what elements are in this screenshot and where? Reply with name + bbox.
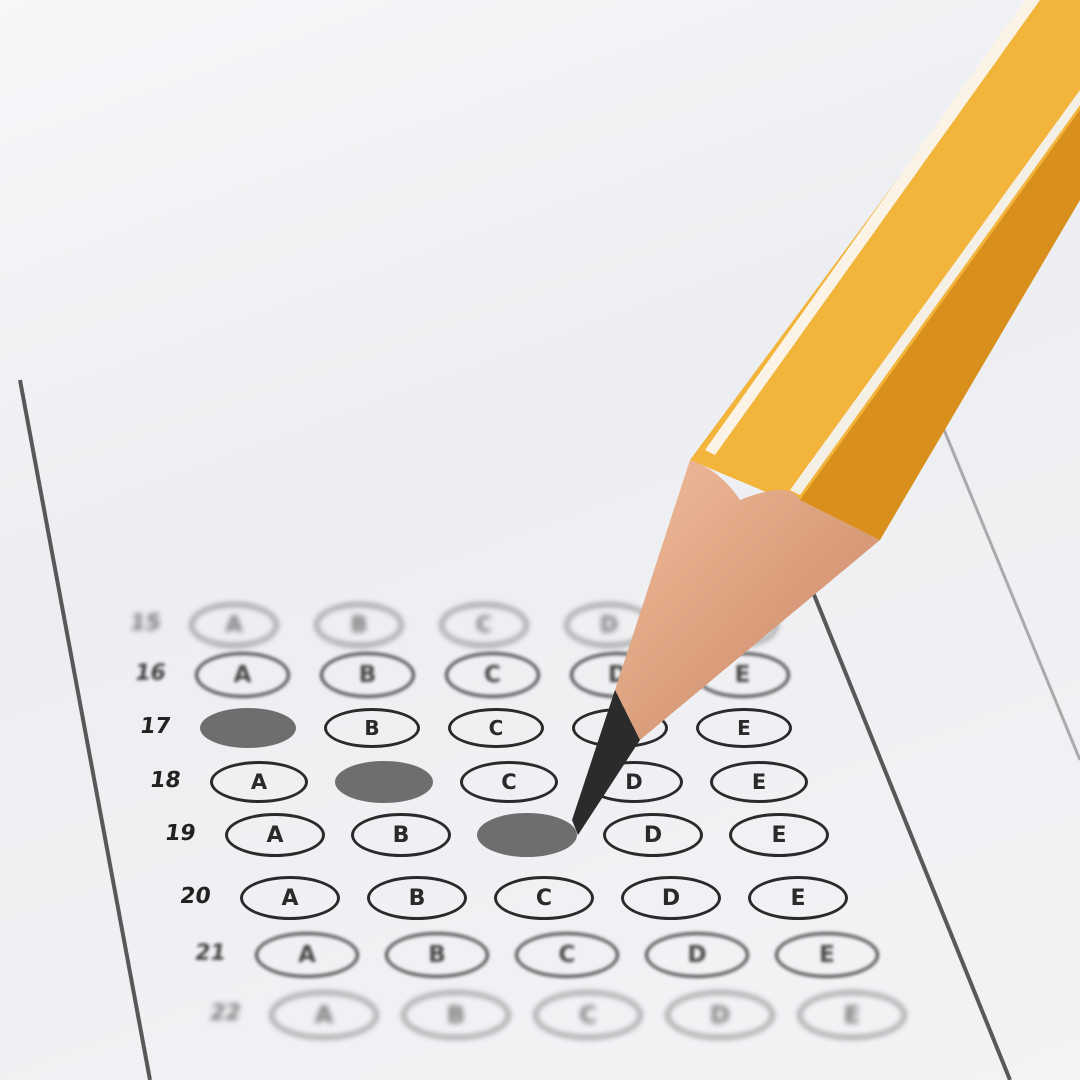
answer-bubble-c[interactable]: C bbox=[534, 991, 642, 1039]
answer-bubble-d[interactable]: D bbox=[570, 652, 665, 698]
question-number: 16 bbox=[133, 661, 167, 686]
answer-bubble-b[interactable]: B bbox=[385, 932, 489, 978]
answer-bubble-d[interactable]: D bbox=[621, 876, 721, 920]
answer-bubble-d[interactable]: D bbox=[666, 991, 774, 1039]
answer-bubble-d[interactable]: D bbox=[565, 603, 653, 647]
answer-bubble-e[interactable]: E bbox=[690, 603, 778, 647]
answer-bubble-d[interactable]: D bbox=[585, 761, 683, 803]
answer-bubble-a[interactable]: A bbox=[210, 761, 308, 803]
answer-bubble-e[interactable]: E bbox=[748, 876, 848, 920]
answer-bubble-b[interactable]: B bbox=[335, 761, 433, 803]
answer-bubble-b[interactable]: B bbox=[315, 603, 403, 647]
question-number: 21 bbox=[193, 941, 227, 966]
answer-bubble-d[interactable]: D bbox=[603, 813, 703, 857]
answer-bubble-c[interactable]: C bbox=[448, 708, 544, 748]
answer-bubble-a[interactable]: A bbox=[240, 876, 340, 920]
question-number: 19 bbox=[163, 821, 197, 846]
answer-bubble-c[interactable]: C bbox=[460, 761, 558, 803]
photo-scene: 15ABCDE16ABCDE17ABCDE18ABCDE19ABCDE20ABC… bbox=[0, 0, 1080, 1080]
answer-bubble-b[interactable]: B bbox=[324, 708, 420, 748]
question-number: 17 bbox=[138, 714, 172, 739]
answer-bubble-b[interactable]: B bbox=[351, 813, 451, 857]
answer-bubble-e[interactable]: E bbox=[775, 932, 879, 978]
answer-bubble-d[interactable]: D bbox=[645, 932, 749, 978]
question-number: 22 bbox=[208, 1001, 242, 1026]
answer-bubble-e[interactable]: E bbox=[710, 761, 808, 803]
answer-bubble-a[interactable]: A bbox=[190, 603, 278, 647]
answer-bubble-a[interactable]: A bbox=[225, 813, 325, 857]
answer-bubble-c[interactable]: C bbox=[440, 603, 528, 647]
answer-bubble-c[interactable]: C bbox=[494, 876, 594, 920]
answer-bubble-c[interactable]: C bbox=[477, 813, 577, 857]
answer-bubble-d[interactable]: D bbox=[572, 708, 668, 748]
answer-bubble-e[interactable]: E bbox=[729, 813, 829, 857]
answer-bubble-c[interactable]: C bbox=[445, 652, 540, 698]
answer-bubble-b[interactable]: B bbox=[367, 876, 467, 920]
question-number: 18 bbox=[148, 768, 182, 793]
answer-bubble-b[interactable]: B bbox=[320, 652, 415, 698]
answer-bubble-a[interactable]: A bbox=[270, 991, 378, 1039]
answer-bubble-e[interactable]: E bbox=[696, 708, 792, 748]
answer-bubble-a[interactable]: A bbox=[200, 708, 296, 748]
answer-bubble-b[interactable]: B bbox=[402, 991, 510, 1039]
answer-bubble-a[interactable]: A bbox=[195, 652, 290, 698]
answer-bubble-e[interactable]: E bbox=[798, 991, 906, 1039]
answer-bubble-a[interactable]: A bbox=[255, 932, 359, 978]
question-number: 15 bbox=[128, 611, 162, 636]
answer-bubble-c[interactable]: C bbox=[515, 932, 619, 978]
answer-bubble-e[interactable]: E bbox=[695, 652, 790, 698]
question-number: 20 bbox=[178, 884, 212, 909]
